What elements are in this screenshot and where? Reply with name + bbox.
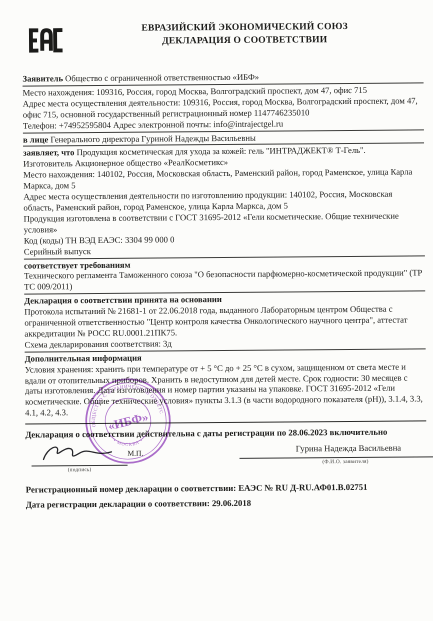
product-description: Продукция косметическая для ухода за кож…	[77, 145, 366, 157]
svg-text:• МОСКВА •: • МОСКВА •	[112, 431, 145, 451]
declares-label: заявляет, что	[23, 148, 74, 158]
applicant-name: Общество с ограниченной ответственностью…	[65, 72, 259, 84]
stamp-bottom-text: • МОСКВА •	[112, 431, 145, 451]
manufacturer-activity-address: Адрес места осуществления деятельности п…	[23, 188, 424, 213]
person-label: в лице	[23, 134, 48, 144]
name-caption: (Ф.И.О. заявителя)	[240, 458, 433, 466]
registration-number-value: ЕАЭС № RU Д-RU.АФ01.В.02751	[238, 482, 367, 493]
signatory-name: Гурина Надежда Васильевна	[247, 442, 433, 454]
compliance-regulation: Технического регламента Таможенного союз…	[24, 268, 425, 293]
signature-block: (подпись) М.П. Гурина Надежда Васильевна…	[25, 442, 426, 483]
document-body: ЕВРАЗИЙСКИЙ ЭКОНОМИЧЕСКИЙ СОЮЗ ДЕКЛАРАЦИ…	[22, 10, 427, 512]
stamp-center-text: «ИБФ»	[107, 410, 150, 433]
document-title: ЕВРАЗИЙСКИЙ ЭКОНОМИЧЕСКИЙ СОЮЗ ДЕКЛАРАЦИ…	[66, 20, 423, 48]
basis-protocol: Протокола испытаний № 21681-1 от 22.06.2…	[24, 304, 425, 340]
product-standard: Продукция изготовлена в соответствии с Г…	[24, 210, 425, 235]
person-name: Генерального директора Гуриной Надежды В…	[50, 132, 255, 144]
registration-date-label: Дата регистрации декларации о соответств…	[26, 498, 210, 509]
title-line-2: ДЕКЛАРАЦИЯ О СООТВЕТСТВИИ	[66, 33, 423, 49]
applicant-label: Заявитель	[22, 73, 63, 83]
registration-date-value: 29.06.2018	[212, 498, 251, 508]
declaration-document: ЕВРАЗИЙСКИЙ ЭКОНОМИЧЕСКИЙ СОЮЗ ДЕКЛАРАЦИ…	[0, 0, 433, 621]
registration-number-label: Регистрационный номер декларации о соотв…	[26, 483, 236, 495]
eac-logo-icon	[26, 19, 64, 61]
manufacturer-location: Место нахождения: 140102, Россия, Москов…	[23, 167, 424, 192]
registration-date-line: Дата регистрации декларации о соответств…	[26, 495, 427, 513]
applicant-activity-address: Адрес места осуществления деятельности: …	[23, 95, 424, 120]
document-header: ЕВРАЗИЙСКИЙ ЭКОНОМИЧЕСКИЙ СОЮЗ ДЕКЛАРАЦИ…	[22, 10, 423, 61]
